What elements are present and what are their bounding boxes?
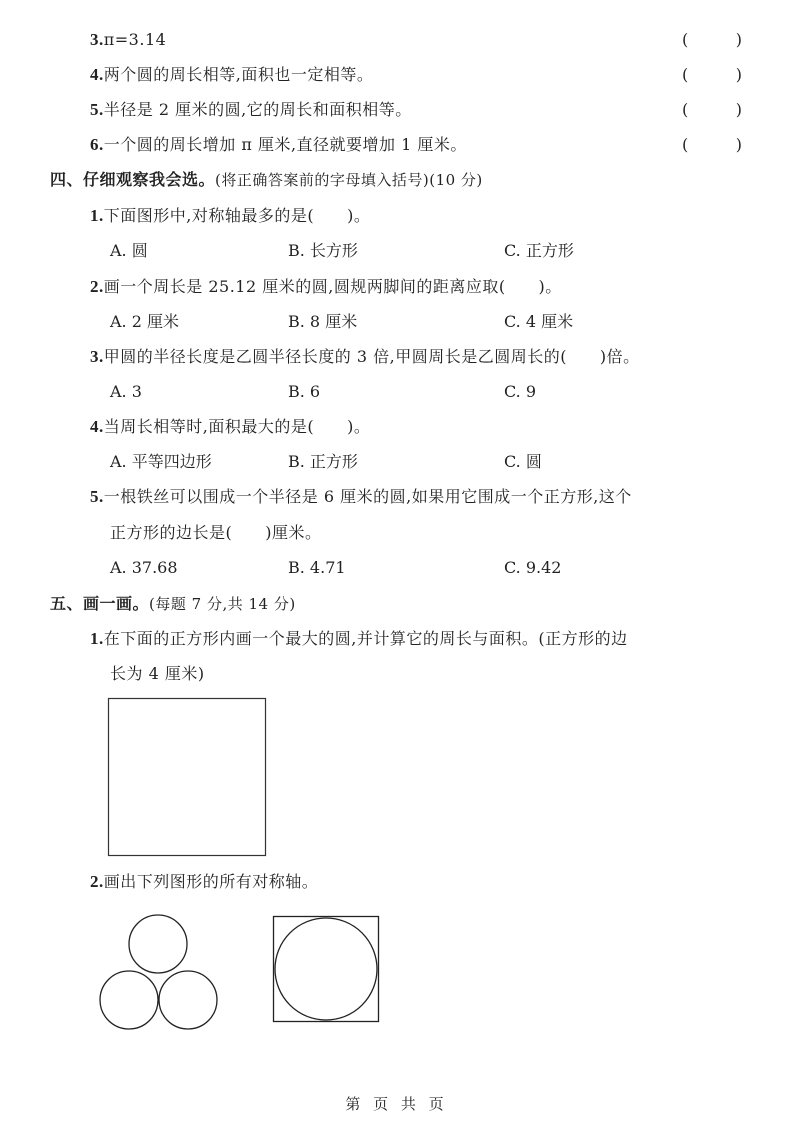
item-number: 4. [90, 65, 104, 84]
s4-question-4: 4.当周长相等时,面积最大的是( )。 [90, 417, 370, 437]
item-text: π=3.14 [104, 30, 167, 49]
s4-q2-option-c: C. 4 厘米 [504, 312, 573, 332]
item-number: 3. [90, 30, 104, 49]
section-title: 四、仔细观察我会选。 [50, 170, 215, 189]
s4-q2-option-b: B. 8 厘米 [288, 312, 357, 332]
s4-q1-option-b: B. 长方形 [288, 241, 358, 261]
s4-question-2: 2.画一个周长是 25.12 厘米的圆,圆规两脚间的距离应取( )。 [90, 277, 562, 297]
s4-question-3: 3.甲圆的半径长度是乙圆半径长度的 3 倍,甲圆周长是乙圆周长的( )倍。 [90, 347, 640, 367]
judgement-item-3: 3.π=3.14 [90, 30, 166, 50]
page-footer: 第 页 共 页 [0, 1093, 793, 1114]
judgement-item-4: 4.两个圆的周长相等,面积也一定相等。 [90, 65, 373, 85]
s4-q5-option-b: B. 4.71 [288, 558, 346, 578]
s4-question-1: 1.下面图形中,对称轴最多的是( )。 [90, 206, 370, 226]
section-5-heading: 五、画一画。(每题 7 分,共 14 分) [50, 594, 296, 614]
s4-q2-option-a: A. 2 厘米 [110, 312, 179, 332]
s5-question-2: 2.画出下列图形的所有对称轴。 [90, 872, 318, 892]
judgement-item-6: 6.一个圆的周长增加 π 厘米,直径就要增加 1 厘米。 [90, 135, 467, 155]
s4-q1-option-a: A. 圆 [110, 241, 148, 261]
judgement-item-5: 5.半径是 2 厘米的圆,它的周长和面积相等。 [90, 100, 412, 120]
s4-q4-option-a: A. 平等四边形 [110, 452, 212, 472]
circle-in-square-figure[interactable] [268, 910, 384, 1026]
s4-question-5-cont: 正方形的边长是( )厘米。 [110, 523, 322, 543]
answer-blank-5[interactable]: () [682, 100, 742, 120]
s4-q4-option-b: B. 正方形 [288, 452, 358, 472]
s4-q3-option-b: B. 6 [288, 382, 320, 402]
section-note: (每题 7 分,共 14 分) [149, 595, 296, 613]
item-text: 半径是 2 厘米的圆,它的周长和面积相等。 [104, 100, 412, 119]
section-note: (将正确答案前的字母填入括号)(10 分) [215, 171, 483, 189]
s4-question-5: 5.一根铁丝可以围成一个半径是 6 厘米的圆,如果用它围成一个正方形,这个 [90, 487, 632, 507]
item-text: 一个圆的周长增加 π 厘米,直径就要增加 1 厘米。 [104, 135, 467, 154]
s4-q4-option-c: C. 圆 [504, 452, 542, 472]
section-title: 五、画一画。 [50, 594, 149, 613]
section-4-heading: 四、仔细观察我会选。(将正确答案前的字母填入括号)(10 分) [50, 170, 483, 190]
circle-top [129, 915, 187, 973]
circle-bottom-right [159, 971, 217, 1029]
answer-blank-6[interactable]: () [682, 135, 742, 155]
three-circles-figure[interactable] [90, 905, 230, 1035]
item-text: 两个圆的周长相等,面积也一定相等。 [104, 65, 374, 84]
item-number: 5. [90, 100, 104, 119]
s4-q1-option-c: C. 正方形 [504, 241, 574, 261]
s4-q3-option-a: A. 3 [110, 382, 142, 402]
s4-q3-option-c: C. 9 [504, 382, 536, 402]
item-number: 6. [90, 135, 104, 154]
answer-blank-4[interactable]: () [682, 65, 742, 85]
s5-question-1-cont: 长为 4 厘米) [110, 664, 205, 684]
s4-q5-option-a: A. 37.68 [110, 558, 178, 578]
answer-blank-3[interactable]: () [682, 30, 742, 50]
circle-bottom-left [100, 971, 158, 1029]
s5-question-1: 1.在下面的正方形内画一个最大的圆,并计算它的周长与面积。(正方形的边 [90, 629, 628, 649]
s4-q5-option-c: C. 9.42 [504, 558, 561, 578]
